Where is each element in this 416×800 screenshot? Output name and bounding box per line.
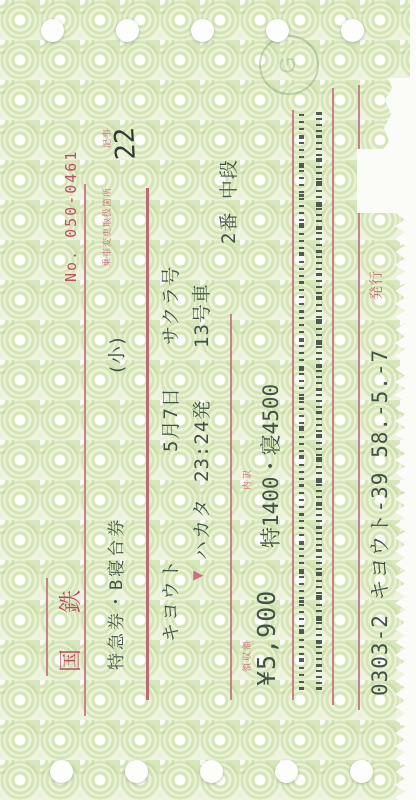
punch-hole	[191, 19, 214, 42]
total-amount: ¥5,900	[252, 590, 281, 686]
ticket-scan: 国鉄 特急券・B寝台券 (小) No. 050-0461 乗車変更取扱箇所 記事…	[0, 0, 416, 800]
departure-time: 23:24発	[187, 400, 214, 482]
car-number: 13号車	[187, 283, 214, 348]
issuer-stamp-watermark: G	[259, 35, 319, 95]
perforation-zigzag	[395, 213, 416, 800]
punch-hole	[116, 19, 139, 42]
punch-hole	[275, 760, 298, 783]
edge-sliver	[410, 0, 416, 80]
child-marker: (小)	[103, 335, 129, 375]
punch-hole	[41, 19, 64, 42]
serial-number: No. 050-0461	[62, 150, 80, 282]
direction-triangle-icon: ▼	[188, 567, 208, 584]
encoding-dashes	[299, 110, 304, 690]
divider-line	[332, 88, 334, 705]
divider-line	[292, 110, 294, 700]
encoding-dashes	[316, 110, 322, 690]
notch-cut	[357, 149, 416, 213]
punch-hole	[200, 760, 223, 783]
jnr-logo-text: 国鉄	[52, 554, 85, 672]
divider-line	[230, 314, 232, 700]
change-office-label: 乗車変更取扱箇所	[100, 187, 113, 267]
ticket-content-rotated: 国鉄 特急券・B寝台券 (小) No. 050-0461 乗車変更取扱箇所 記事…	[0, 0, 412, 800]
divider-line	[146, 188, 149, 700]
origin-station: キヨウト	[156, 558, 183, 642]
ticket-paper: 国鉄 特急券・B寝台券 (小) No. 050-0461 乗車変更取扱箇所 記事…	[0, 0, 416, 800]
berth-number: 2番 中段	[214, 159, 241, 244]
torn-edge	[352, 0, 416, 800]
note-stamp: 22	[109, 127, 142, 161]
punch-hole	[125, 760, 148, 783]
train-name: サクラ号	[156, 266, 183, 345]
destination-station: ハカタ	[187, 497, 214, 560]
corner-tear	[383, 78, 416, 150]
ticket-title: 特急券・B寝台券	[102, 517, 127, 670]
punch-hole	[266, 19, 289, 42]
punch-hole	[50, 760, 73, 783]
breakdown-label: 内訳	[240, 468, 253, 490]
travel-date: 5月7日	[156, 387, 183, 452]
divider-line	[46, 578, 48, 676]
amount-breakdown: 特1400・寝4500	[255, 384, 285, 548]
